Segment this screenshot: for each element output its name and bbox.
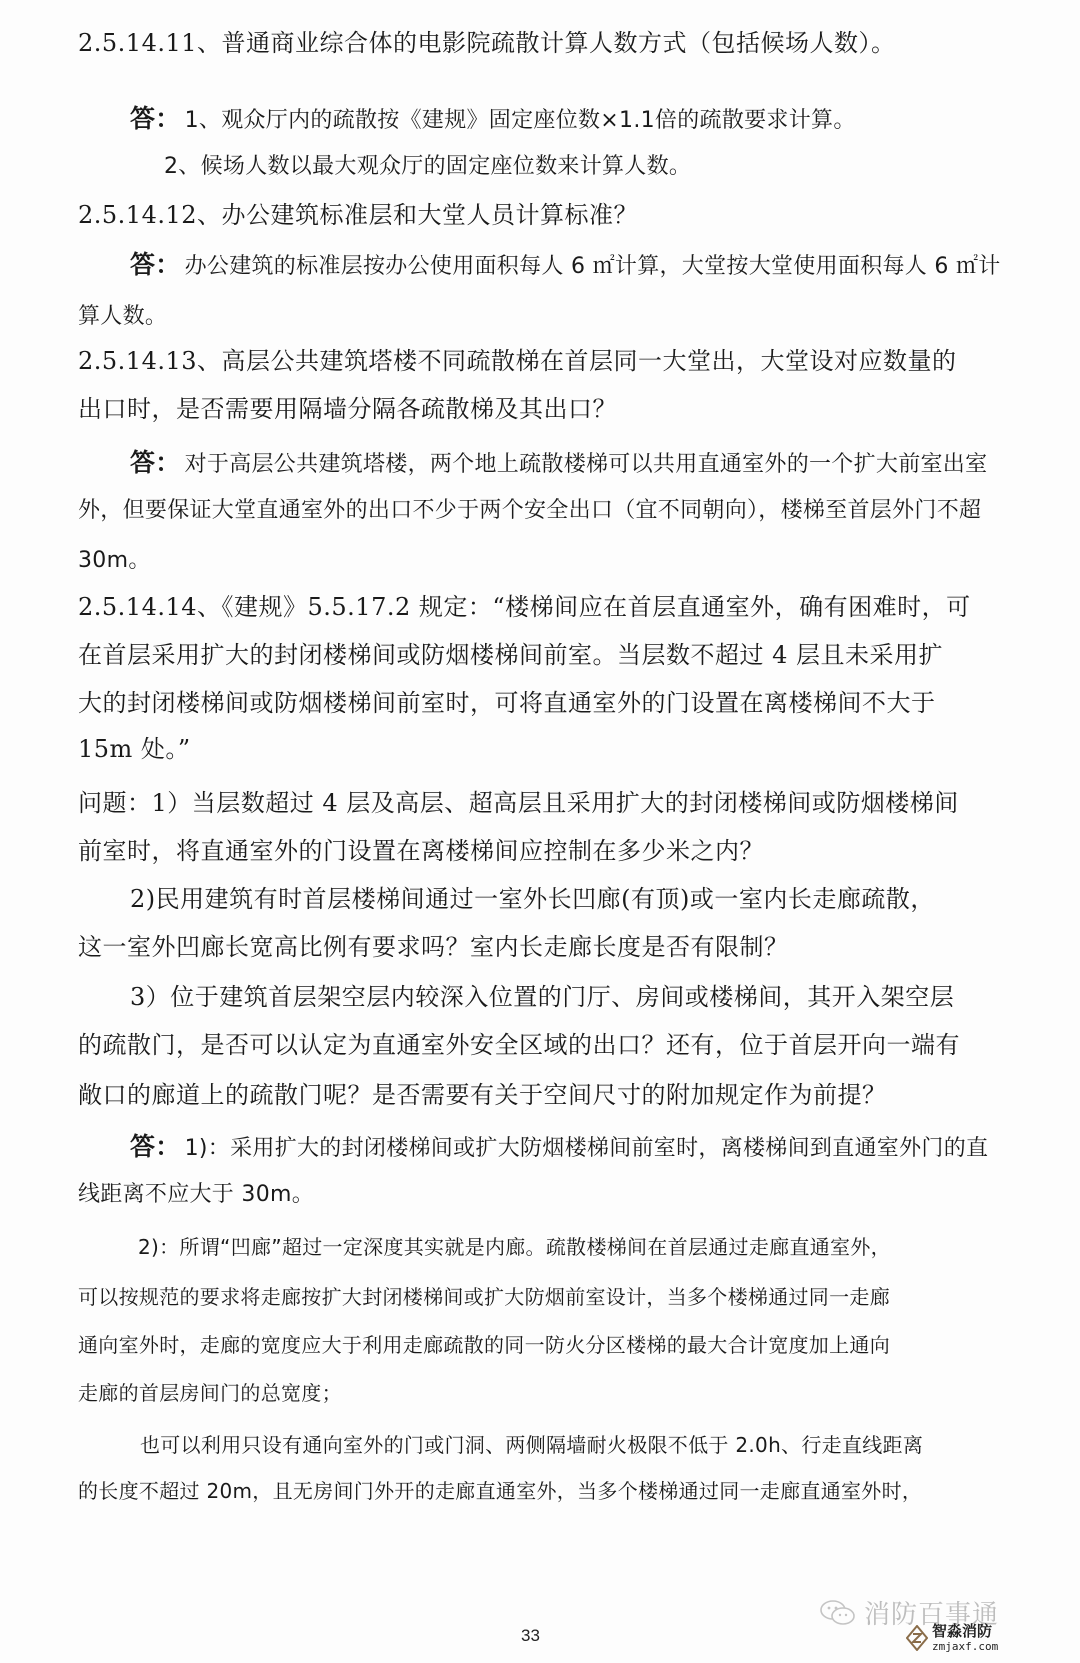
answer-text: 1)：采用扩大的封闭楼梯间或扩大防烟楼梯间前室时，离楼梯间到直通室外门的直: [185, 1136, 989, 1161]
brand-stamp: 智淼消防 zmjaxf.com: [906, 1624, 998, 1652]
answer-2-5-14-12-line-1: 答：办公建筑的标准层按办公使用面积每人 6 ㎡计算，大堂按大堂使用面积每人 6 …: [130, 250, 1001, 282]
answer-2-5-14-12-line-2: 算人数。: [78, 302, 167, 332]
page-number: 33: [521, 1626, 540, 1646]
answer-label: 答：: [130, 448, 181, 477]
issue-line-7: 敞口的廊道上的疏散门呢？是否需要有关于空间尺寸的附加规定作为前提？: [78, 1080, 887, 1110]
brand-name: 智淼消防: [932, 1624, 998, 1639]
answer-2-5-14-14-line-1: 答：1)：采用扩大的封闭楼梯间或扩大防烟楼梯间前室时，离楼梯间到直通室外门的直: [130, 1132, 988, 1164]
issue-line-3: 2)民用建筑有时首层楼梯间通过一室外长凹廊(有顶)或一室内长走廊疏散，: [130, 884, 935, 914]
issue-line-5: 3）位于建筑首层架空层内较深入位置的门厅、房间或楼梯间，其开入架空层: [130, 982, 954, 1012]
document-page: 2.5.14.11、普通商业综合体的电影院疏散计算人数方式（包括候场人数）。 答…: [0, 0, 1080, 1663]
question-2-5-14-13-line-2: 出口时，是否需要用隔墙分隔各疏散梯及其出口？: [78, 394, 617, 424]
answer-2-5-14-14-line-4: 可以按规范的要求将走廊按扩大封闭楼梯间或扩大防烟前室设计，当多个楼梯通过同一走廊: [78, 1282, 890, 1312]
zmjaxf-logo-icon: [906, 1625, 928, 1651]
answer-2-5-14-13-line-1: 答：对于高层公共建筑塔楼，两个地上疏散楼梯可以共用直通室外的一个扩大前室出室: [130, 448, 987, 480]
answer-text: 办公建筑的标准层按办公使用面积每人 6 ㎡计算，大堂按大堂使用面积每人 6 ㎡计: [185, 254, 1001, 279]
answer-2-5-14-13-line-2: 外，但要保证大堂直通室外的出口不少于两个安全出口（宜不同朝向），楼梯至首层外门不…: [78, 496, 981, 526]
answer-2-5-14-11-line-1: 答：1、观众厅内的疏散按《建规》固定座位数×1.1倍的疏散要求计算。: [130, 104, 856, 136]
question-2-5-14-14-line-2: 在首层采用扩大的封闭楼梯间或防烟楼梯间前室。当层数不超过 4 层且未采用扩: [78, 640, 943, 670]
answer-2-5-14-11-line-2: 2、候场人数以最大观众厅的固定座位数来计算人数。: [164, 152, 691, 182]
answer-2-5-14-13-line-3: 30m。: [78, 546, 151, 576]
question-2-5-14-11: 2.5.14.11、普通商业综合体的电影院疏散计算人数方式（包括候场人数）。: [78, 28, 896, 58]
question-2-5-14-14-line-3: 大的封闭楼梯间或防烟楼梯间前室时，可将直通室外的门设置在离楼梯间不大于: [78, 688, 936, 718]
issue-line-1: 问题：1）当层数超过 4 层及高层、超高层且采用扩大的封闭楼梯间或防烟楼梯间: [78, 788, 959, 818]
answer-2-5-14-14-line-6: 走廊的首层房间门的总宽度；: [78, 1378, 342, 1408]
question-2-5-14-13-line-1: 2.5.14.13、高层公共建筑塔楼不同疏散梯在首层同一大堂出，大堂设对应数量的: [78, 346, 957, 376]
issue-line-4: 这一室外凹廊长宽高比例有要求吗？室内长走廊长度是否有限制？: [78, 932, 789, 962]
answer-2-5-14-14-line-3: 2)：所谓“凹廊”超过一定深度其实就是内廊。疏散楼梯间在首层通过走廊直通室外，: [138, 1232, 891, 1262]
question-2-5-14-12: 2.5.14.12、办公建筑标准层和大堂人员计算标准？: [78, 200, 638, 230]
answer-label: 答：: [130, 1132, 181, 1161]
answer-2-5-14-14-line-7: 也可以利用只设有通向室外的门或门洞、两侧隔墙耐火极限不低于 2.0h、行走直线距…: [140, 1430, 923, 1460]
question-2-5-14-14-line-4: 15m 处。”: [78, 734, 191, 764]
question-2-5-14-14-line-1: 2.5.14.14、《建规》5.5.17.2 规定：“楼梯间应在首层直通室外，确…: [78, 592, 971, 622]
brand-url: zmjaxf.com: [932, 1641, 998, 1652]
answer-label: 答：: [130, 104, 181, 133]
answer-text: 1、观众厅内的疏散按《建规》固定座位数×1.1倍的疏散要求计算。: [185, 108, 856, 133]
answer-2-5-14-14-line-5: 通向室外时，走廊的宽度应大于利用走廊疏散的同一防火分区楼梯的最大合计宽度加上通向: [78, 1330, 890, 1360]
issue-line-2: 前室时，将直通室外的门设置在离楼梯间应控制在多少米之内？: [78, 836, 764, 866]
answer-2-5-14-14-line-8: 的长度不超过 20m，且无房间门外开的走廊直通室外，当多个楼梯通过同一走廊直通室…: [78, 1476, 922, 1506]
answer-2-5-14-14-line-2: 线距离不应大于 30m。: [78, 1180, 314, 1210]
answer-text: 对于高层公共建筑塔楼，两个地上疏散楼梯可以共用直通室外的一个扩大前室出室: [185, 452, 988, 477]
wechat-icon: [818, 1598, 858, 1628]
issue-line-6: 的疏散门，是否可以认定为直通室外安全区域的出口？还有，位于首层开向一端有: [78, 1030, 960, 1060]
answer-label: 答：: [130, 250, 181, 279]
